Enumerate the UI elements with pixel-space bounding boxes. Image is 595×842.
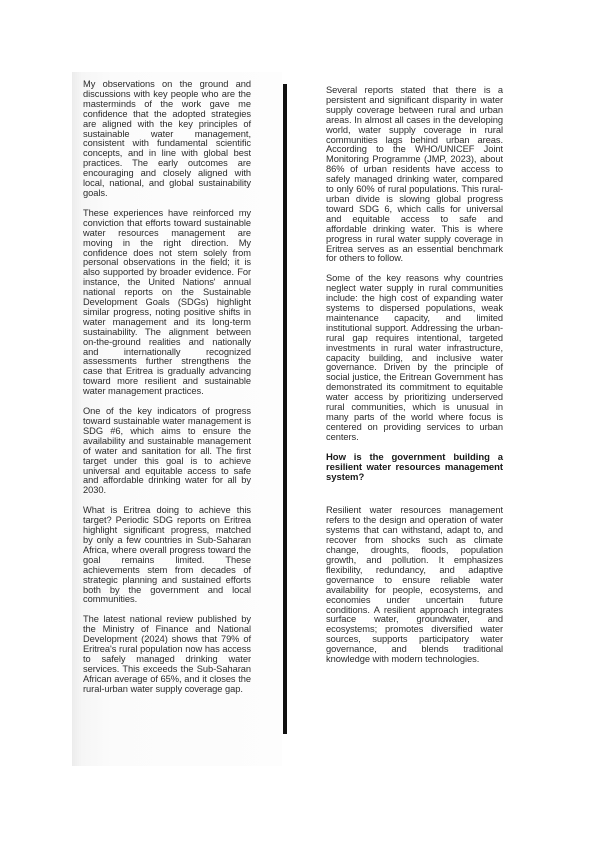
paragraph-resilient: Resilient water resources management ref…	[326, 506, 503, 665]
paragraph-sdg6: One of the key indicators of progress to…	[83, 407, 251, 496]
right-column: Several reports stated that there is a p…	[326, 86, 503, 675]
left-column: My observations on the ground and discus…	[83, 80, 251, 705]
paragraph-national-review: The latest national review published by …	[83, 615, 251, 694]
column-divider	[283, 84, 287, 734]
section-heading: How is the government building a resilie…	[326, 453, 503, 483]
paragraph-experiences: These experiences have reinforced my con…	[83, 209, 251, 397]
paragraph-observations: My observations on the ground and discus…	[83, 80, 251, 199]
paragraph-eritrea-target: What is Eritrea doing to achieve this ta…	[83, 506, 251, 605]
paragraph-key-reasons: Some of the key reasons why countries ne…	[326, 274, 503, 442]
paragraph-disparity: Several reports stated that there is a p…	[326, 86, 503, 264]
